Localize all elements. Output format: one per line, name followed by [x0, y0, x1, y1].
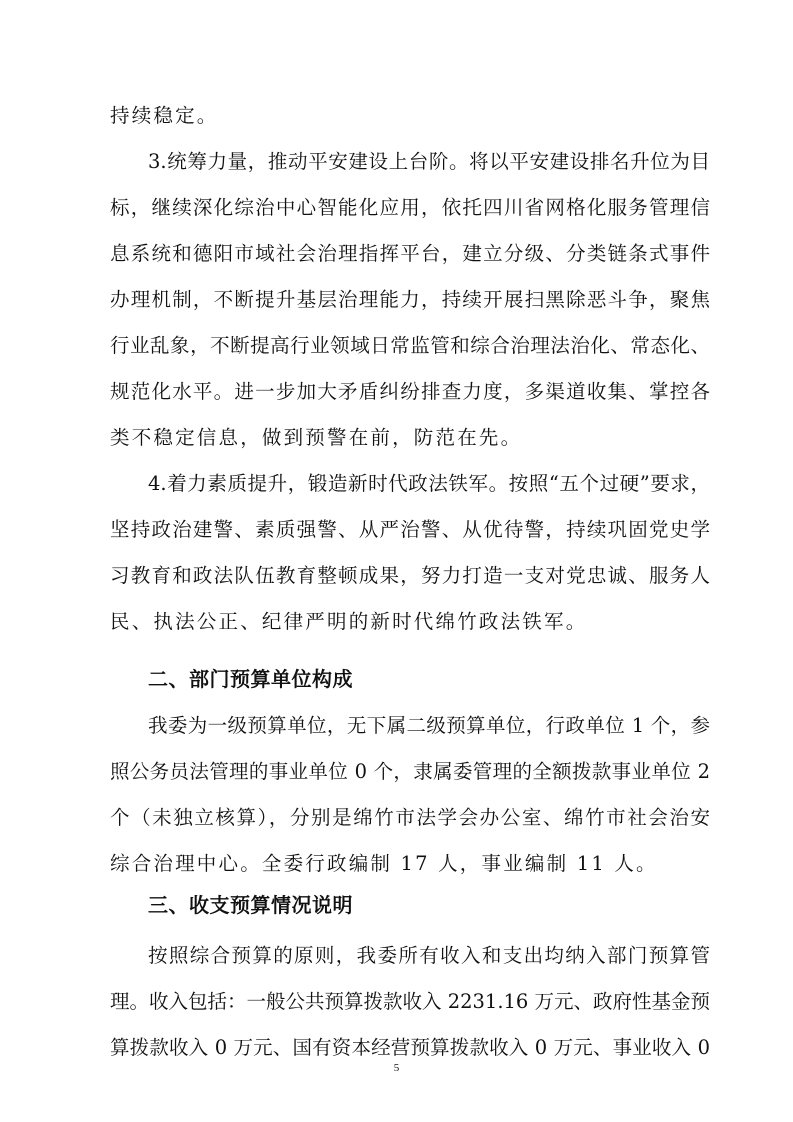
paragraph-line: 习教育和政法队伍教育整顿成果，努力打造一支对党忠诚、服务人	[110, 564, 710, 588]
section-heading-3: 三、收支预算情况说明	[148, 892, 353, 918]
paragraph-line: 照公务员法管理的事业单位 0 个，隶属委管理的全额拨款事业单位 2	[110, 760, 710, 784]
paragraph-line: 行业乱象，不断提高行业领域日常监管和综合治理法治化、常态化、	[110, 334, 710, 358]
paragraph-line: 办理机制，不断提升基层治理能力，持续开展扫黑除恶斗争，聚焦	[110, 288, 710, 312]
paragraph-line: 3.统筹力量，推动平安建设上台阶。将以平安建设排名升位为目	[148, 150, 710, 174]
paragraph-line: 个（未独立核算），分别是绵竹市法学会办公室、绵竹市社会治安	[110, 806, 710, 830]
section-heading-2: 二、部门预算单位构成	[148, 666, 353, 692]
paragraph-line: 标，继续深化综治中心智能化应用，依托四川省网格化服务管理信	[110, 196, 710, 220]
paragraph-line: 民、执法公正、纪律严明的新时代绵竹政法铁军。	[110, 610, 710, 634]
paragraph-line: 坚持政治建警、素质强警、从严治警、从优待警，持续巩固党史学	[110, 518, 710, 542]
paragraph-line: 按照综合预算的原则，我委所有收入和支出均纳入部门预算管	[148, 944, 710, 968]
page-number: 5	[0, 1062, 793, 1074]
paragraph-line: 类不稳定信息，做到预警在前，防范在先。	[110, 426, 710, 450]
paragraph-line: 息系统和德阳市域社会治理指挥平台，建立分级、分类链条式事件	[110, 242, 710, 266]
paragraph-line: 理。收入包括：一般公共预算拨款收入 2231.16 万元、政府性基金预	[110, 990, 710, 1014]
paragraph-line: 规范化水平。进一步加大矛盾纠纷排查力度，多渠道收集、掌控各	[110, 380, 710, 404]
paragraph-line: 算拨款收入 0 万元、国有资本经营预算拨款收入 0 万元、事业收入 0	[110, 1036, 710, 1060]
paragraph-line: 我委为一级预算单位，无下属二级预算单位，行政单位 1 个，参	[148, 714, 710, 738]
paragraph-line: 4.着力素质提升，锻造新时代政法铁军。按照“五个过硬”要求，	[148, 472, 710, 496]
paragraph-line: 持续稳定。	[110, 104, 710, 128]
paragraph-line: 综合治理中心。全委行政编制 17 人，事业编制 11 人。	[110, 852, 710, 876]
